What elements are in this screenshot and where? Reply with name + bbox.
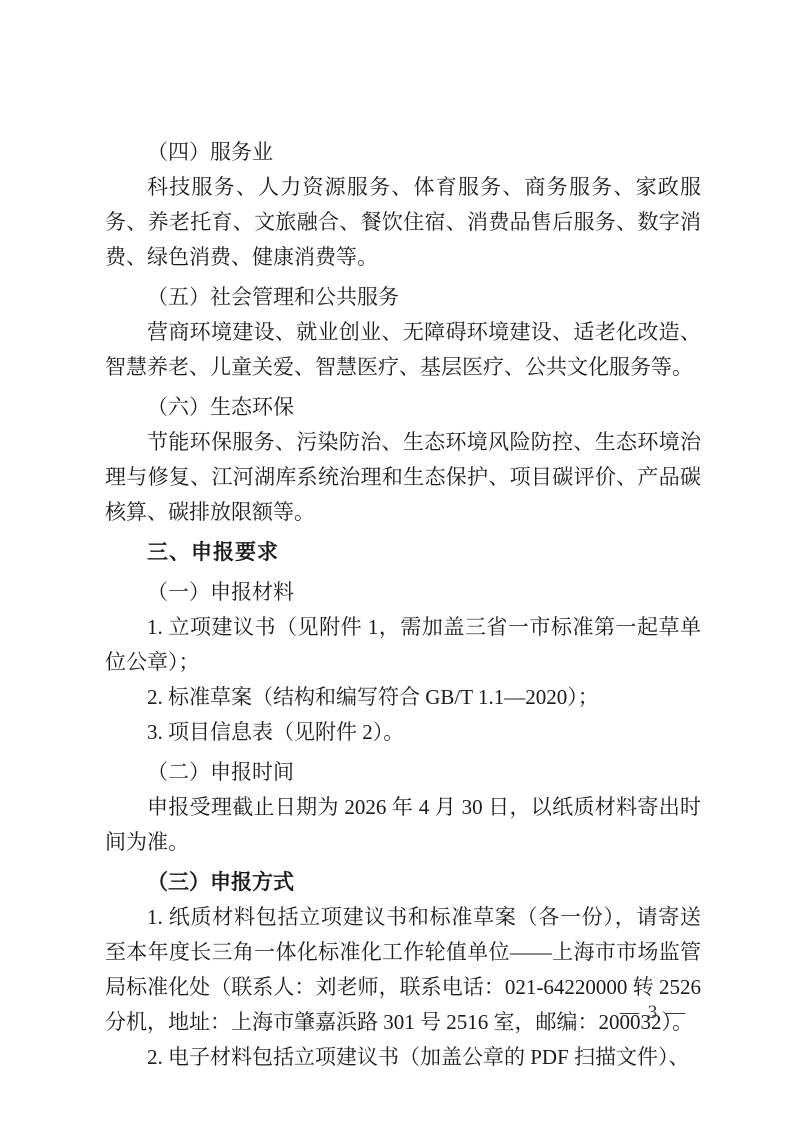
paragraph-eco-list: 节能环保服务、污染防治、生态环境风险防控、生态环境治理与修复、江河湖库系统治理和… xyxy=(105,425,701,530)
heading-section-five: （五）社会管理和公共服务 xyxy=(105,280,701,315)
page-number: — 3 — xyxy=(620,1002,687,1024)
paragraph-services-list: 科技服务、人力资源服务、体育服务、商务服务、家政服务、养老托育、文旅融合、餐饮住… xyxy=(105,170,701,275)
paragraph-method-item-2: 2. 电子材料包括立项建议书（加盖公章的 PDF 扫描文件）、 xyxy=(105,1040,701,1075)
heading-declaration-method: （三）申报方式 xyxy=(105,865,701,900)
heading-section-four: （四）服务业 xyxy=(105,135,701,170)
paragraph-public-services-list: 营商环境建设、就业创业、无障碍环境建设、适老化改造、智慧养老、儿童关爱、智慧医疗… xyxy=(105,315,701,385)
heading-declaration-time: （二）申报时间 xyxy=(105,755,701,790)
document-body: （四）服务业 科技服务、人力资源服务、体育服务、商务服务、家政服务、养老托育、文… xyxy=(105,130,701,1075)
paragraph-method-item-1: 1. 纸质材料包括立项建议书和标准草案（各一份），请寄送至本年度长三角一体化标准… xyxy=(105,900,701,1040)
paragraph-material-item-3: 3. 项目信息表（见附件 2）。 xyxy=(105,715,701,750)
paragraph-deadline: 申报受理截止日期为 2026 年 4 月 30 日，以纸质材料寄出时间为准。 xyxy=(105,790,701,860)
heading-declaration-materials: （一）申报材料 xyxy=(105,575,701,610)
heading-section-six: （六）生态环保 xyxy=(105,390,701,425)
paragraph-material-item-2: 2. 标准草案（结构和编写符合 GB/T 1.1—2020）； xyxy=(105,680,701,715)
paragraph-material-item-1: 1. 立项建议书（见附件 1，需加盖三省一市标准第一起草单位公章）； xyxy=(105,610,701,680)
document-page: （四）服务业 科技服务、人力资源服务、体育服务、商务服务、家政服务、养老托育、文… xyxy=(0,0,793,1122)
heading-declaration-requirements: 三、申报要求 xyxy=(105,535,701,570)
